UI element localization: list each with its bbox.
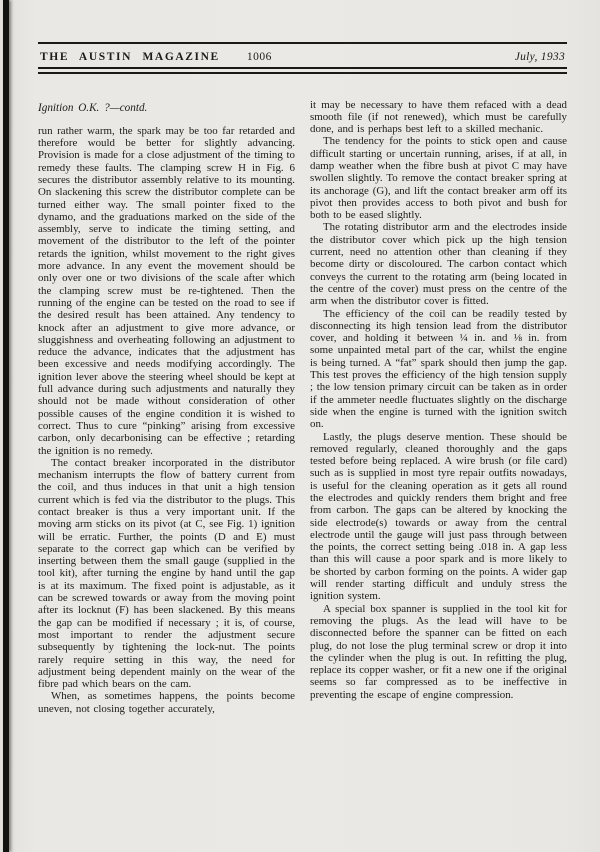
paragraph: The rotating distributor arm and the ele… — [310, 221, 567, 307]
paragraph: The tendency for the points to stick ope… — [310, 135, 567, 221]
article-heading: Ignition O.K. ?—contd. — [38, 102, 295, 114]
right-column: it may be necessary to have them refaced… — [310, 99, 567, 716]
magazine-page: THE AUSTIN MAGAZINE 1006 July, 1933 Igni… — [0, 0, 600, 852]
page-content: THE AUSTIN MAGAZINE 1006 July, 1933 Igni… — [38, 42, 567, 715]
left-column: Ignition O.K. ?—contd. run rather warm, … — [38, 99, 295, 716]
paragraph: The contact breaker incorporated in the … — [38, 457, 295, 691]
paragraph: it may be necessary to have them refaced… — [310, 99, 567, 136]
paragraph: Lastly, the plugs deserve mention. These… — [310, 431, 567, 603]
page-header: THE AUSTIN MAGAZINE 1006 July, 1933 — [38, 44, 567, 67]
paragraph: run rather warm, the spark may be too fa… — [38, 125, 295, 457]
article-body: Ignition O.K. ?—contd. run rather warm, … — [38, 99, 567, 716]
page-number: 1006 — [247, 51, 272, 63]
paragraph: The efficiency of the coil can be readil… — [310, 308, 567, 431]
scan-binding-edge — [3, 0, 9, 852]
paragraph: When, as sometimes happens, the points b… — [38, 690, 295, 715]
header-double-rule — [38, 67, 567, 74]
magazine-title: THE AUSTIN MAGAZINE — [40, 51, 265, 63]
issue-date: July, 1933 — [515, 51, 565, 63]
paragraph: A special box spanner is supplied in the… — [310, 603, 567, 701]
